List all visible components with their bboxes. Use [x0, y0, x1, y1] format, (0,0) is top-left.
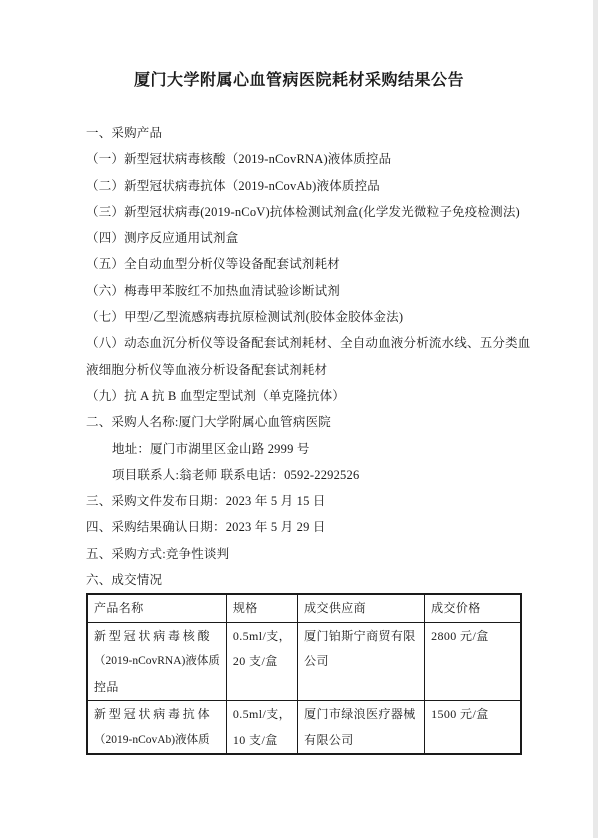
- cell-product-name: 新型冠状病毒抗体 （2019-nCovAb)液体质: [87, 701, 226, 755]
- header-spec-label: 规格: [233, 596, 291, 622]
- page-title: 厦门大学附属心血管病医院耗材采购结果公告: [0, 70, 598, 92]
- product-name-line: （2019-nCovAb)液体质: [94, 728, 220, 754]
- cell-supplier: 厦门市绿浪医疗器械 有限公司: [298, 701, 425, 755]
- cell-spec: 0.5ml/支， 20 支/盒: [226, 622, 297, 701]
- table-header-row: 产品名称 规格 成交供应商 成交价格: [87, 594, 521, 622]
- header-supplier-label: 成交供应商: [304, 596, 418, 622]
- table-row: 新型冠状病毒抗体 （2019-nCovAb)液体质 0.5ml/支， 10 支/…: [87, 701, 521, 755]
- section-5-heading: 五、采购方式:竞争性谈判: [86, 541, 568, 567]
- purchaser-address: 地址：厦门市湖里区金山路 2999 号: [86, 436, 568, 462]
- product-item-7: （七）甲型/乙型流感病毒抗原检测试剂(胶体金胶体金法): [86, 304, 568, 330]
- header-product-name-label: 产品名称: [94, 596, 220, 622]
- cell-price: 2800 元/盒: [425, 622, 521, 701]
- product-name-line: （2019-nCovRNA)液体质: [94, 649, 220, 675]
- table-row: 新型冠状病毒核酸 （2019-nCovRNA)液体质 控品 0.5ml/支， 2…: [87, 622, 521, 701]
- product-item-6: （六）梅毒甲苯胺红不加热血清试验诊断试剂: [86, 278, 568, 304]
- header-supplier: 成交供应商: [298, 594, 425, 622]
- document-page: { "colors": { "text": "#1a1a1a", "table_…: [0, 0, 598, 838]
- spec-line: 10 支/盒: [233, 728, 291, 754]
- header-spec: 规格: [226, 594, 297, 622]
- cell-price: 1500 元/盒: [425, 701, 521, 755]
- product-name-line: 控品: [94, 675, 220, 701]
- supplier-line: 有限公司: [304, 728, 418, 754]
- price-value: 1500 元/盒: [431, 702, 514, 728]
- document-body: 一、采购产品 （一）新型冠状病毒核酸（2019-nCovRNA)液体质控品 （二…: [0, 120, 598, 755]
- section-6-heading: 六、成交情况: [86, 567, 568, 593]
- product-item-5: （五）全自动血型分析仪等设备配套试剂耗材: [86, 251, 568, 277]
- supplier-line: 厦门铂斯宁商贸有限: [304, 624, 418, 650]
- cell-supplier: 厦门铂斯宁商贸有限 公司: [298, 622, 425, 701]
- header-price-label: 成交价格: [431, 596, 514, 622]
- product-item-1: （一）新型冠状病毒核酸（2019-nCovRNA)液体质控品: [86, 146, 568, 172]
- price-value: 2800 元/盒: [431, 624, 514, 650]
- product-item-3: （三）新型冠状病毒(2019-nCoV)抗体检测试剂盒(化学发光微粒子免疫检测法…: [86, 199, 568, 225]
- cell-spec: 0.5ml/支， 10 支/盒: [226, 701, 297, 755]
- supplier-line: 厦门市绿浪医疗器械: [304, 702, 418, 728]
- spec-line: 0.5ml/支，: [233, 702, 291, 728]
- product-item-4: （四）测序反应通用试剂盒: [86, 225, 568, 251]
- section-4-heading: 四、采购结果确认日期：2023 年 5 月 29 日: [86, 514, 568, 540]
- deal-results-table: 产品名称 规格 成交供应商 成交价格 新型冠状病毒核酸 （2019-nCovRN…: [86, 593, 522, 755]
- section-3-heading: 三、采购文件发布日期：2023 年 5 月 15 日: [86, 488, 568, 514]
- section-2-heading: 二、采购人名称:厦门大学附属心血管病医院: [86, 409, 568, 435]
- product-name-line: 新型冠状病毒核酸: [94, 624, 220, 650]
- spec-line: 20 支/盒: [233, 649, 291, 675]
- header-price: 成交价格: [425, 594, 521, 622]
- section-1-heading: 一、采购产品: [86, 120, 568, 146]
- product-item-8-line-2: 液细胞分析仪等血液分析设备配套试剂耗材: [86, 357, 568, 383]
- cell-product-name: 新型冠状病毒核酸 （2019-nCovRNA)液体质 控品: [87, 622, 226, 701]
- header-product-name: 产品名称: [87, 594, 226, 622]
- page-edge-shadow: [593, 0, 598, 838]
- supplier-line: 公司: [304, 649, 418, 675]
- product-name-line: 新型冠状病毒抗体: [94, 702, 220, 728]
- product-item-2: （二）新型冠状病毒抗体（2019-nCovAb)液体质控品: [86, 173, 568, 199]
- product-item-8-line-1: （八）动态血沉分析仪等设备配套试剂耗材、全自动血液分析流水线、五分类血: [86, 330, 568, 356]
- project-contact: 项目联系人:翁老师 联系电话：0592-2292526: [86, 462, 568, 488]
- product-item-9: （九）抗 A 抗 B 血型定型试剂（单克隆抗体）: [86, 383, 568, 409]
- spec-line: 0.5ml/支，: [233, 624, 291, 650]
